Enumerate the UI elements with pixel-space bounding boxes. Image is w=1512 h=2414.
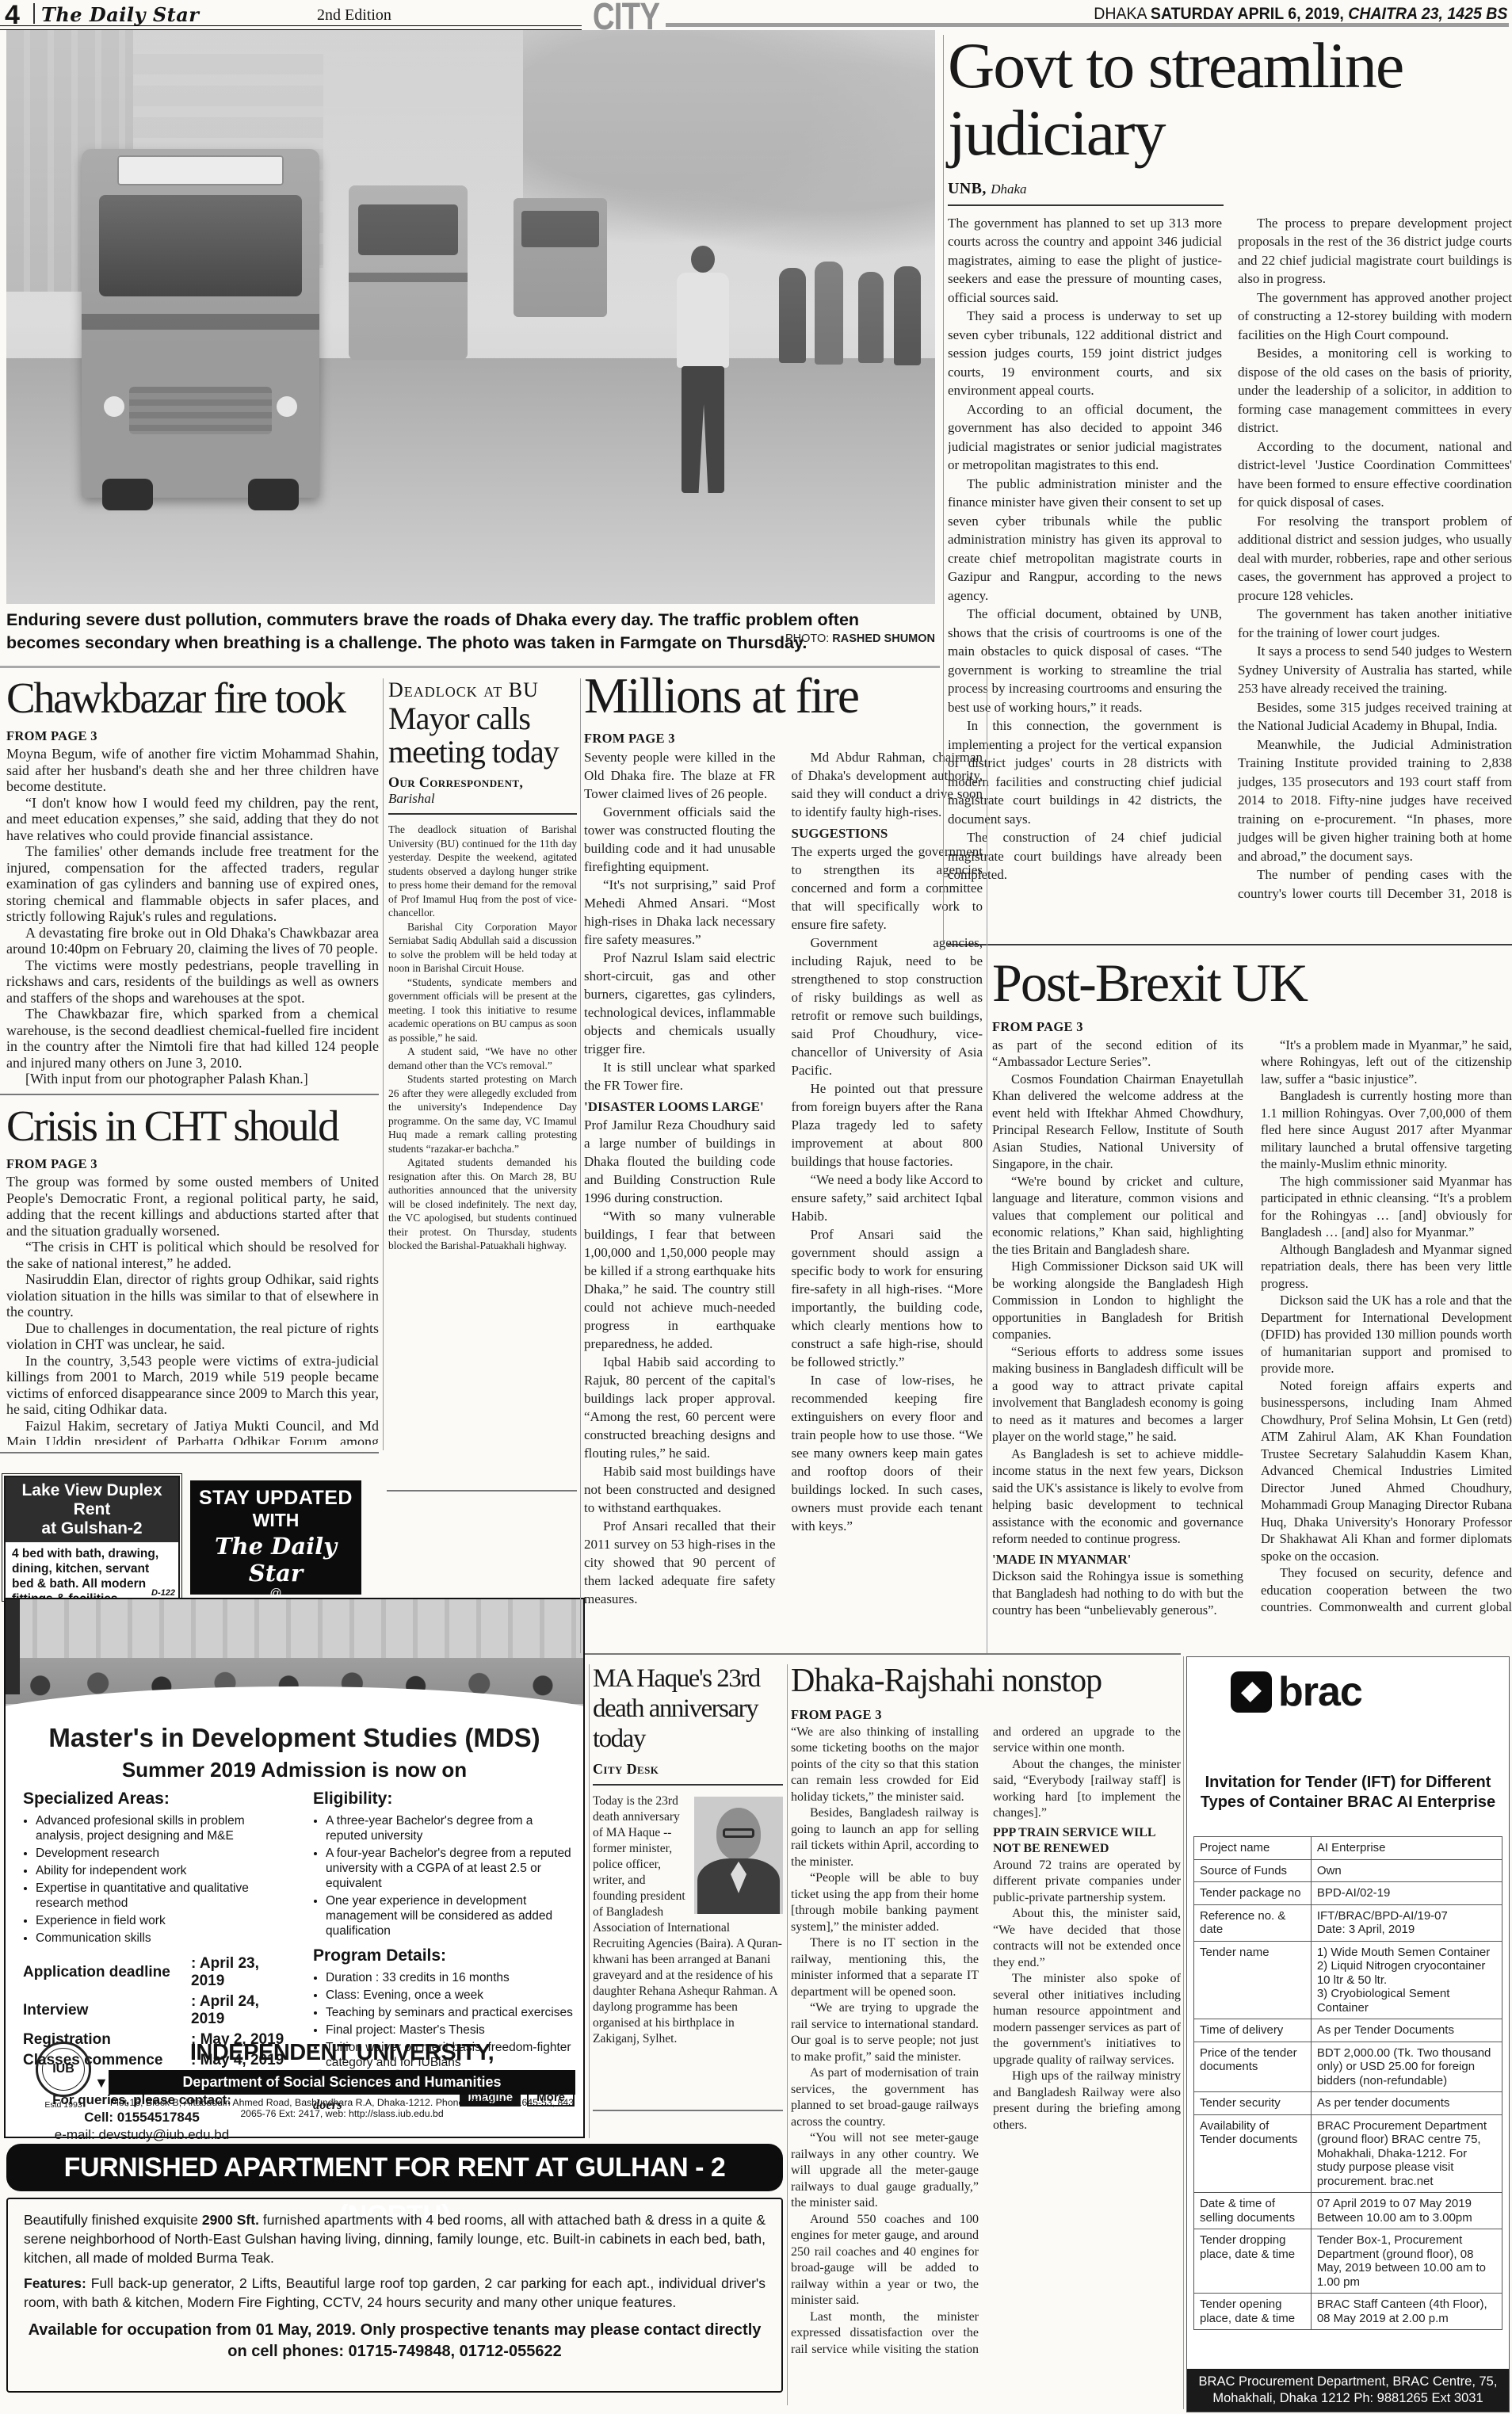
ad-stay-line1: STAY UPDATED	[190, 1487, 361, 1510]
table-value: April 23, 2019	[191, 1954, 286, 1992]
paragraph: The group was formed by some ousted memb…	[6, 1174, 379, 1239]
table-row: Reference no. & dateIFT/BRAC/BPD-AI/19-0…	[1194, 1904, 1502, 1941]
paragraph: About the changes, the minister said, “E…	[993, 1757, 1181, 1822]
article-mayor-kicker: Deadlock at BU	[388, 678, 577, 702]
header-rule-right	[666, 23, 1509, 27]
column-rule	[787, 1664, 788, 2405]
table-label: Interview	[23, 1992, 191, 2030]
article-chawkbazar: Chawkbazar fire took FROM PAGE 3 Moyna B…	[6, 675, 379, 1096]
ad-furnished-body: Beautifully finished exquisite 2900 Sft.…	[6, 2198, 783, 2393]
section-rule	[582, 1653, 1181, 1655]
article-mahaque-byline: City Desk	[593, 1761, 659, 1777]
paragraph: “People will be able to buy ticket using…	[791, 1870, 979, 1935]
brac-tender-title: Invitation for Tender (IFT) for Differen…	[1197, 1773, 1499, 1812]
paragraph: He pointed out that pressure from foreig…	[792, 1079, 983, 1171]
article-judiciary-byline: UNB,	[948, 180, 991, 197]
paragraph: As Bangladesh is set to achieve middle-i…	[992, 1446, 1243, 1548]
article-judiciary: Govt to streamline judiciary UNB, Dhaka …	[948, 32, 1512, 910]
table-row: Application deadlineApril 23, 2019	[23, 1954, 286, 1992]
paragraph: There is no IT section in the railway, m…	[791, 1935, 979, 2000]
paragraph: Advanced profesional skills in problem a…	[36, 1813, 286, 1843]
paragraph: It says a process to send 540 judges to …	[1238, 642, 1512, 698]
paragraph: The deadlock situation of Barishal Unive…	[388, 823, 577, 920]
table-label: Reference no. & date	[1194, 1904, 1312, 1941]
table-row: Tender package noBPD-AI/02-19	[1194, 1882, 1502, 1905]
column-rule	[580, 678, 581, 1653]
paragraph: It is still unclear what sparked the FR …	[584, 1058, 776, 1094]
article-millions-headline: Millions at fire	[584, 670, 983, 723]
ad-furnished-contact: Available for occupation from 01 May, 20…	[24, 2320, 766, 2362]
paragraph: A four-year Bachelor's degree from a rep…	[326, 1846, 575, 1891]
table-value: 07 April 2019 to 07 May 2019 Between 10.…	[1311, 2193, 1502, 2229]
brac-logo-icon	[1231, 1671, 1272, 1713]
article-mayor-byline: Our Correspondent,	[388, 774, 523, 790]
article-brexit-headline: Post-Brexit UK	[992, 955, 1512, 1011]
paragraph: Habib said most buildings have not been …	[584, 1462, 776, 1517]
paragraph: The government has planned to set up 313…	[948, 214, 1222, 307]
from-page-label: FROM PAGE 3	[791, 1707, 1181, 1723]
paragraph: Expertise in quantitative and qualitativ…	[36, 1881, 286, 1911]
paragraph: “With so many vulnerable buildings, I fe…	[584, 1207, 776, 1353]
table-value: As per Tender Documents	[1311, 2019, 1502, 2042]
paragraph: The families' other demands include free…	[6, 843, 379, 925]
paragraph: The government has approved another proj…	[1238, 288, 1512, 345]
haze-overlay	[6, 30, 935, 604]
size-highlight: 2900 Sft.	[202, 2212, 259, 2228]
paragraph: Development research	[36, 1846, 286, 1861]
section-rule	[948, 944, 1512, 945]
paragraph: Teaching by seminars and practical exerc…	[326, 2005, 575, 2020]
paragraph: A student said, “We have no other demand…	[388, 1045, 577, 1072]
article-chawkbazar-body: Moyna Begum, wife of another fire victim…	[6, 746, 379, 1096]
brac-logo-word: brac	[1278, 1671, 1362, 1713]
photo-credit-name: RASHED SHUMON	[832, 632, 935, 645]
ad-lakeview-title: Lake View Duplex Rent at Gulshan-2	[6, 1477, 178, 1542]
paragraph: The official document, obtained by UNB, …	[948, 605, 1222, 716]
article-cht-body: The group was formed by some ousted memb…	[6, 1174, 379, 1445]
ad-mds-subtitle: Summer 2019 Admission is now on	[6, 1758, 583, 1782]
article-mahaque: MA Haque's 23rd death anniversary today …	[593, 1664, 783, 2069]
dateline-city: DHAKA	[1094, 5, 1151, 23]
table-row: Time of deliveryAs per Tender Documents	[1194, 2019, 1502, 2042]
article-mayor: Deadlock at BU Mayor calls meeting today…	[388, 678, 577, 1466]
dateline-date: SATURDAY APRIL 6, 2019,	[1151, 5, 1348, 23]
paragraph: According to the document, national and …	[1238, 437, 1512, 512]
paragraph: “It's a problem made in Myanmar,” he sai…	[1261, 1037, 1512, 1088]
paragraph: The experts urged the government to stre…	[792, 842, 983, 934]
paragraph: “Students, syndicate members and governm…	[388, 976, 577, 1045]
section-rule	[387, 1490, 577, 1492]
paragraph: In this connection, the government is im…	[948, 716, 1222, 828]
paragraph: [With input from our photographer Palash…	[6, 1071, 379, 1087]
article-rajshahi-body: “We are also thinking of installing some…	[791, 1725, 1181, 2382]
paragraph: Besides, Bangladesh railway is going to …	[791, 1805, 979, 1870]
byline-rule	[948, 204, 1224, 206]
paragraph: Communication skills	[36, 1931, 286, 1946]
section-rule	[0, 1094, 379, 1095]
table-label: Date & time of selling documents	[1194, 2193, 1312, 2229]
paragraph: 'MADE IN MYANMAR'	[992, 1551, 1243, 1568]
paragraph: “The crisis in CHT is political which sh…	[6, 1239, 379, 1271]
text: Beautifully finished exquisite	[24, 2212, 202, 2228]
masthead: The Daily Star	[41, 3, 199, 26]
column-rule	[987, 675, 987, 1653]
paragraph: Iqbal Habib said according to Rajuk, 80 …	[584, 1353, 776, 1462]
paragraph: “You will not see meter-gauge railways i…	[791, 2130, 979, 2212]
article-rajshahi-headline: Dhaka-Rajshahi nonstop	[791, 1664, 1181, 1699]
paragraph: Around 550 coaches and 100 engines for m…	[791, 2212, 979, 2309]
article-judiciary-headline: Govt to streamline judiciary	[948, 32, 1512, 167]
ad-mds-footer: IUB Estd 1993 INDEPENDENT UNIVERSITY, BA…	[13, 2038, 575, 2132]
column-rule	[1183, 1656, 1184, 2409]
section-rule	[0, 1452, 379, 1453]
table-label: Availability of Tender documents	[1194, 2114, 1312, 2193]
features-text: Full back-up generator, 2 Lifts, Beautif…	[24, 2275, 766, 2310]
paragraph: Around 72 trains are operated by differe…	[993, 1858, 1181, 1907]
ad-mds-photo	[6, 1599, 583, 1718]
table-row: Tender name1) Wide Mouth Semen Container…	[1194, 1941, 1502, 2019]
article-judiciary-byline-place: Dhaka	[991, 181, 1026, 197]
paragraph: About this, the minister said, “We have …	[993, 1906, 1181, 1971]
table-value: BRAC Staff Canteen (4th Floor), 08 May 2…	[1311, 2294, 1502, 2330]
paragraph: Cosmos Foundation Chairman Enayetullah K…	[992, 1071, 1243, 1173]
table-value: As per tender documents	[1311, 2092, 1502, 2115]
table-label: Price of the tender documents	[1194, 2042, 1312, 2092]
article-millions-body: Seventy people were killed in the Old Dh…	[584, 748, 983, 1639]
ad-stayupdated: STAY UPDATED WITH The Daily Star @ theda…	[190, 1480, 361, 1595]
paragraph: Bangladesh is currently hosting more tha…	[1261, 1087, 1512, 1173]
paragraph: Meanwhile, the Judicial Administration T…	[1238, 735, 1512, 866]
paragraph: The process to prepare development proje…	[1238, 214, 1512, 288]
article-chawkbazar-headline: Chawkbazar fire took	[6, 675, 379, 720]
paragraph: Government agencies, including Rajuk, ne…	[792, 934, 983, 1079]
table-value: April 24, 2019	[191, 1992, 286, 2030]
paragraph: Due to challenges in documentation, the …	[6, 1320, 379, 1353]
ad-mds-program-heading: Program Details:	[313, 1946, 575, 1965]
dateline: DHAKA SATURDAY APRIL 6, 2019, CHAITRA 23…	[1094, 5, 1507, 24]
paragraph: “I don't know how I would feed my childr…	[6, 795, 379, 844]
banner-strip	[6, 1599, 20, 1694]
table-label: Tender dropping place, date & time	[1194, 2229, 1312, 2294]
paragraph: In case of low-rises, he recommended kee…	[792, 1371, 983, 1535]
column-rule	[589, 1664, 590, 2138]
paragraph: Prof Nazrul Islam said electric short-ci…	[584, 949, 776, 1058]
table-value: BDT 2,000.00 (Tk. Two thousand only) or …	[1311, 2042, 1502, 2092]
paragraph: PPP TRAIN SERVICE WILL NOT BE RENEWED	[993, 1825, 1181, 1858]
column-rule	[383, 678, 384, 1450]
byline-rule	[388, 813, 577, 815]
table-label: Tender security	[1194, 2092, 1312, 2115]
ad-furnished: FURNISHED APARTMENT FOR RENT AT GULHAN -…	[6, 2144, 783, 2412]
ad-stay-line2: WITH	[190, 1510, 361, 1531]
paragraph: Agitated students demanded his resignati…	[388, 1155, 577, 1253]
paragraph: High ups of the railway ministry and Ban…	[993, 2068, 1181, 2133]
edition-label: 2nd Edition	[317, 6, 391, 25]
table-value: IFT/BRAC/BPD-AI/19-07 Date: 3 April, 201…	[1311, 1904, 1502, 1941]
portrait-glasses	[723, 1828, 754, 1838]
brac-tender-table: Project nameAI EnterpriseSource of Funds…	[1193, 1836, 1502, 2330]
paragraph: For resolving the transport problem of a…	[1238, 512, 1512, 605]
table-row: Source of FundsOwn	[1194, 1859, 1502, 1882]
paragraph: Besides, some 315 judges received traini…	[1238, 698, 1512, 735]
paragraph: As part of modernisation of train servic…	[791, 2065, 979, 2130]
from-page-label: FROM PAGE 3	[992, 1019, 1512, 1035]
paragraph: as part of the second edition of its “Am…	[992, 1037, 1243, 1071]
paragraph: Prof Ansari said the government should a…	[792, 1225, 983, 1371]
paragraph: Md Abdur Rahman, chairman of Dhaka's dev…	[792, 748, 983, 821]
ad-mds-department: Department of Social Sciences and Humani…	[109, 2070, 575, 2095]
photo-caption-text: Enduring severe dust pollution, commuter…	[6, 610, 859, 652]
paragraph: The construction of 24 chief judicial ma…	[948, 828, 1222, 884]
paragraph: The government has taken another initiat…	[1238, 605, 1512, 642]
paragraph: “We are also thinking of installing some…	[791, 1725, 979, 1806]
ad-lakeview-title-line2: at Gulshan-2	[7, 1519, 177, 1538]
table-label: Source of Funds	[1194, 1859, 1312, 1882]
paragraph: Seventy people were killed in the Old Dh…	[584, 748, 776, 803]
contact-phones: 01715-749848, 01712-055622	[349, 2343, 562, 2360]
paragraph: Faizul Hakim, secretary of Jatiya Mukti …	[6, 1418, 379, 1446]
street-photo	[6, 30, 935, 604]
paragraph: Nasiruddin Elan, director of rights grou…	[6, 1271, 379, 1320]
ad-lakeview: Lake View Duplex Rent at Gulshan-2 4 bed…	[4, 1476, 180, 1599]
column-rule	[943, 35, 944, 942]
table-label: Tender name	[1194, 1941, 1312, 2019]
article-mahaque-headline: MA Haque's 23rd death anniversary today	[593, 1664, 783, 1755]
ad-stay-brand: The Daily Star	[190, 1533, 361, 1587]
article-mahaque-body: Today is the 23rd death anniversary of M…	[593, 1793, 783, 2069]
table-row: Tender dropping place, date & timeTender…	[1194, 2229, 1502, 2294]
newspaper-page: 4 The Daily Star 2nd Edition CITY DHAKA …	[0, 0, 1512, 2414]
paragraph: SUGGESTIONS	[792, 824, 983, 842]
paragraph: They said a process is underway to set u…	[948, 307, 1222, 400]
iub-seal-text: IUB	[42, 2048, 85, 2091]
paragraph: Noted foreign affairs experts and busine…	[1261, 1377, 1512, 1565]
table-row: Price of the tender documentsBDT 2,000.0…	[1194, 2042, 1502, 2092]
paragraph: Experience in field work	[36, 1913, 286, 1928]
paragraph: Prof Ansari recalled that their 2011 sur…	[584, 1517, 776, 1608]
ad-mds-estd: Estd 1993	[36, 2100, 91, 2110]
iub-seal-icon: IUB	[36, 2042, 91, 2097]
ad-brac-tender: brac Invitation for Tender (IFT) for Dif…	[1186, 1656, 1510, 2412]
paragraph: The Chawkbazar fire, which sparked from …	[6, 1006, 379, 1071]
paragraph: The high commissioner said Myanmar has p…	[1261, 1173, 1512, 1241]
ad-lakeview-code: D-122	[151, 1588, 175, 1598]
paragraph: High Commissioner Dickson said UK will b…	[992, 1258, 1243, 1343]
article-mayor-headline: Mayor calls meeting today	[388, 702, 577, 768]
table-label: Application deadline	[23, 1954, 191, 1992]
paragraph: Barishal City Corporation Mayor Serniaba…	[388, 920, 577, 976]
article-cht: Crisis in CHT should FROM PAGE 3 The gro…	[6, 1103, 379, 1445]
table-value: AI Enterprise	[1311, 1837, 1502, 1860]
article-mayor-body: The deadlock situation of Barishal Unive…	[388, 823, 577, 1466]
paragraph: “We are trying to upgrade the rail servi…	[791, 2000, 979, 2065]
article-judiciary-body: The government has planned to set up 313…	[948, 214, 1512, 910]
paragraph: Moyna Begum, wife of another fire victim…	[6, 746, 379, 795]
table-row: Tender opening place, date & timeBRAC St…	[1194, 2294, 1502, 2330]
ad-mds-specialized-list: Advanced profesional skills in problem a…	[36, 1813, 286, 1946]
table-value: BRAC Procurement Department (ground floo…	[1311, 2114, 1502, 2193]
paragraph: The victims were mostly pedestrians, peo…	[6, 957, 379, 1006]
paragraph: A three-year Bachelor's degree from a re…	[326, 1813, 575, 1843]
table-row: Date & time of selling documents07 April…	[1194, 2193, 1502, 2229]
photo-credit-label: PHOTO:	[785, 632, 832, 645]
paragraph: One year experience in development manag…	[326, 1893, 575, 1938]
ad-mds-title: Master's in Development Studies (MDS)	[6, 1723, 583, 1753]
ad-mds-eligibility-heading: Eligibility:	[313, 1789, 575, 1809]
ad-furnished-paragraph: Beautifully finished exquisite 2900 Sft.…	[24, 2210, 766, 2267]
photo-caption: Enduring severe dust pollution, commuter…	[6, 609, 937, 655]
paragraph: 'DISASTER LOOMS LARGE'	[584, 1098, 776, 1116]
ad-mds-eligibility-list: A three-year Bachelor's degree from a re…	[326, 1813, 575, 1938]
article-brexit-body: as part of the second edition of its “Am…	[992, 1037, 1512, 1625]
table-value: 1) Wide Mouth Semen Container 2) Liquid …	[1311, 1941, 1502, 2019]
article-cht-headline: Crisis in CHT should	[6, 1103, 379, 1148]
paragraph: Ability for independent work	[36, 1863, 286, 1878]
paragraph: Besides, a monitoring cell is working to…	[1238, 344, 1512, 437]
paragraph: “We need a body like Accord to ensure sa…	[792, 1171, 983, 1225]
section-rule	[593, 2110, 783, 2111]
from-page-label: FROM PAGE 3	[6, 1156, 379, 1172]
paragraph: The public administration minister and t…	[948, 475, 1222, 605]
dateline-calendar: CHAITRA 23, 1425 BS	[1348, 5, 1507, 23]
paragraph: The minister also spoke of several other…	[993, 1971, 1181, 2068]
article-mayor-byline-place: Barishal	[388, 791, 435, 806]
table-label: Time of delivery	[1194, 2019, 1312, 2042]
table-value: Tender Box-1, Procurement Department (gr…	[1311, 2229, 1502, 2294]
table-row: InterviewApril 24, 2019	[23, 1992, 286, 2030]
photo-credit: PHOTO: RASHED SHUMON	[785, 632, 935, 645]
ad-furnished-features: Features: Full back-up generator, 2 Lift…	[24, 2274, 766, 2312]
paragraph: Government officials said the tower was …	[584, 803, 776, 876]
ad-lakeview-title-line1: Lake View Duplex Rent	[7, 1481, 177, 1519]
from-page-label: FROM PAGE 3	[6, 728, 379, 744]
article-rajshahi: Dhaka-Rajshahi nonstop FROM PAGE 3 “We a…	[791, 1664, 1181, 2382]
paragraph: Although Bangladesh and Myanmar signed r…	[1261, 1241, 1512, 1293]
article-brexit: Post-Brexit UK FROM PAGE 3 as part of th…	[992, 955, 1512, 1625]
ad-mds: Master's in Development Studies (MDS) Su…	[4, 1598, 585, 2138]
paragraph: “Serious efforts to address some issues …	[992, 1343, 1243, 1446]
byline-rule	[593, 1784, 783, 1786]
paragraph: According to an official document, the g…	[948, 400, 1222, 475]
paragraph: “We're bound by cricket and culture, lan…	[992, 1173, 1243, 1259]
ad-mds-address: Plot 16, Block B, Aftabuddin Ahmed Road,…	[109, 2097, 575, 2119]
paragraph: Class: Evening, once a week	[326, 1988, 575, 2003]
paragraph: Students started protesting on March 26 …	[388, 1072, 577, 1155]
brac-tender-footer: BRAC Procurement Department, BRAC Centre…	[1187, 2369, 1509, 2412]
brac-logo: brac	[1231, 1671, 1362, 1713]
table-label: Tender package no	[1194, 1882, 1312, 1905]
from-page-label: FROM PAGE 3	[584, 731, 983, 747]
table-value: BPD-AI/02-19	[1311, 1882, 1502, 1905]
paragraph: Prof Jamilur Reza Choudhury said a large…	[584, 1116, 776, 1207]
table-label: Tender opening place, date & time	[1194, 2294, 1312, 2330]
paragraph: Dickson said the UK has a role and that …	[1261, 1292, 1512, 1377]
article-millions: Millions at fire FROM PAGE 3 Seventy peo…	[584, 670, 983, 1639]
paragraph: Final project: Master's Thesis	[326, 2022, 575, 2038]
ad-mds-specialized-heading: Specialized Areas:	[23, 1789, 286, 1809]
features-label: Features:	[24, 2275, 86, 2291]
ad-furnished-title: FURNISHED APARTMENT FOR RENT AT GULHAN -…	[6, 2144, 783, 2191]
table-row: Project nameAI Enterprise	[1194, 1837, 1502, 1860]
paragraph: In the country, 3,543 people were victim…	[6, 1353, 379, 1418]
table-row: Availability of Tender documentsBRAC Pro…	[1194, 2114, 1502, 2193]
student-crowd	[6, 1658, 583, 1704]
table-row: Tender securityAs per tender documents	[1194, 2092, 1502, 2115]
paragraph: Duration : 33 credits in 16 months	[326, 1970, 575, 1985]
paragraph: Dickson said the Rohingya issue is somet…	[992, 1568, 1243, 1619]
header-divider	[33, 3, 35, 24]
paragraph: “It's not surprising,” said Prof Mehedi …	[584, 876, 776, 949]
paragraph: A devastating fire broke out in Old Dhak…	[6, 925, 379, 957]
table-label: Project name	[1194, 1837, 1312, 1860]
table-value: Own	[1311, 1859, 1502, 1882]
ma-haque-portrait	[694, 1797, 783, 1914]
